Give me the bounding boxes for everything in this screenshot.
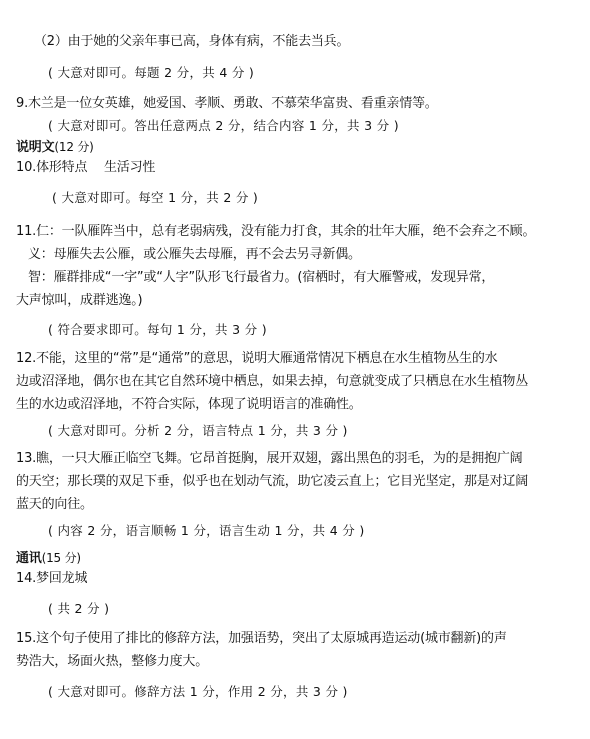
q9-answer: 9.木兰是一位女英雄，她爱国、孝顺、勇敢、不慕荣华富贵、看重亲情等。 — [16, 96, 438, 112]
q12-line-2: 边或沼泽地，偶尔也在其它自然环境中栖息，如果去掉，句意就变成了只栖息在水生植物丛 — [16, 374, 528, 390]
q12-line-1: 12.不能，这里的“常”是“通常”的意思，说明大雁通常情况下栖息在水生植物丛生的… — [16, 351, 497, 367]
section-score: (15 分) — [42, 551, 81, 565]
q8-2-scoring-note: ( 大意对即可。每题 2 分，共 4 分 ) — [48, 65, 254, 81]
q8-2-answer: （2）由于她的父亲年事已高，身体有病，不能去当兵。 — [34, 34, 349, 50]
q13-line-2: 的天空；那长璞的双足下垂，似乎也在划动气流，助它凌云直上；它目光坚定，那是对辽阔 — [16, 474, 528, 490]
q12-scoring-note: ( 大意对即可。分析 2 分，语言特点 1 分，共 3 分 ) — [48, 423, 348, 439]
section-title: 通讯 — [16, 551, 42, 566]
q10-scoring-note: ( 大意对即可。每空 1 分，共 2 分 ) — [52, 190, 258, 206]
section-score: (12 分) — [54, 140, 93, 154]
section-heading-expository: 说明文(12 分) — [16, 139, 94, 156]
q14-answer: 14.梦回龙城 — [16, 571, 87, 587]
q12-line-3: 生的水边或沼泽地，不符合实际，体现了说明语言的准确性。 — [16, 397, 362, 413]
q15-line-1: 15.这个句子使用了排比的修辞方法，加强语势，突出了太原城再造运动(城市翻新)的… — [16, 631, 507, 647]
q10-answer: 10.体形特点 生活习性 — [16, 160, 155, 176]
q11-line-3: 智：雁群排成“一字”或“人字”队形飞行最省力。(宿栖时，有大雁警戒，发现异常， — [28, 270, 494, 286]
q15-line-2: 势浩大，场面火热，整修力度大。 — [16, 654, 208, 670]
q11-line-4: 大声惊叫，成群逃逸。) — [16, 293, 142, 309]
q13-scoring-note: ( 内容 2 分，语言顺畅 1 分，语言生动 1 分，共 4 分 ) — [48, 523, 365, 539]
q9-scoring-note: ( 大意对即可。答出任意两点 2 分，结合内容 1 分，共 3 分 ) — [48, 118, 399, 134]
section-title: 说明文 — [16, 140, 54, 155]
q15-scoring-note: ( 大意对即可。修辞方法 1 分，作用 2 分，共 3 分 ) — [48, 684, 348, 700]
section-heading-news: 通讯(15 分) — [16, 550, 81, 567]
q13-line-1: 13.瞧，一只大雁正临空飞舞。它昂首挺胸，展开双翅，露出黑色的羽毛，为的是拥抱广… — [16, 451, 522, 467]
q11-scoring-note: ( 符合要求即可。每句 1 分，共 3 分 ) — [48, 322, 267, 338]
q11-line-2: 义：母雁失去公雁，或公雁失去母雁，再不会去另寻新偶。 — [28, 247, 361, 263]
q13-line-3: 蓝天的向往。 — [16, 497, 93, 513]
q11-line-1: 11.仁：一队雁阵当中，总有老弱病残，没有能力打食，其余的壮年大雁，绝不会弃之不… — [16, 224, 535, 240]
q14-scoring-note: ( 共 2 分 ) — [48, 601, 109, 617]
